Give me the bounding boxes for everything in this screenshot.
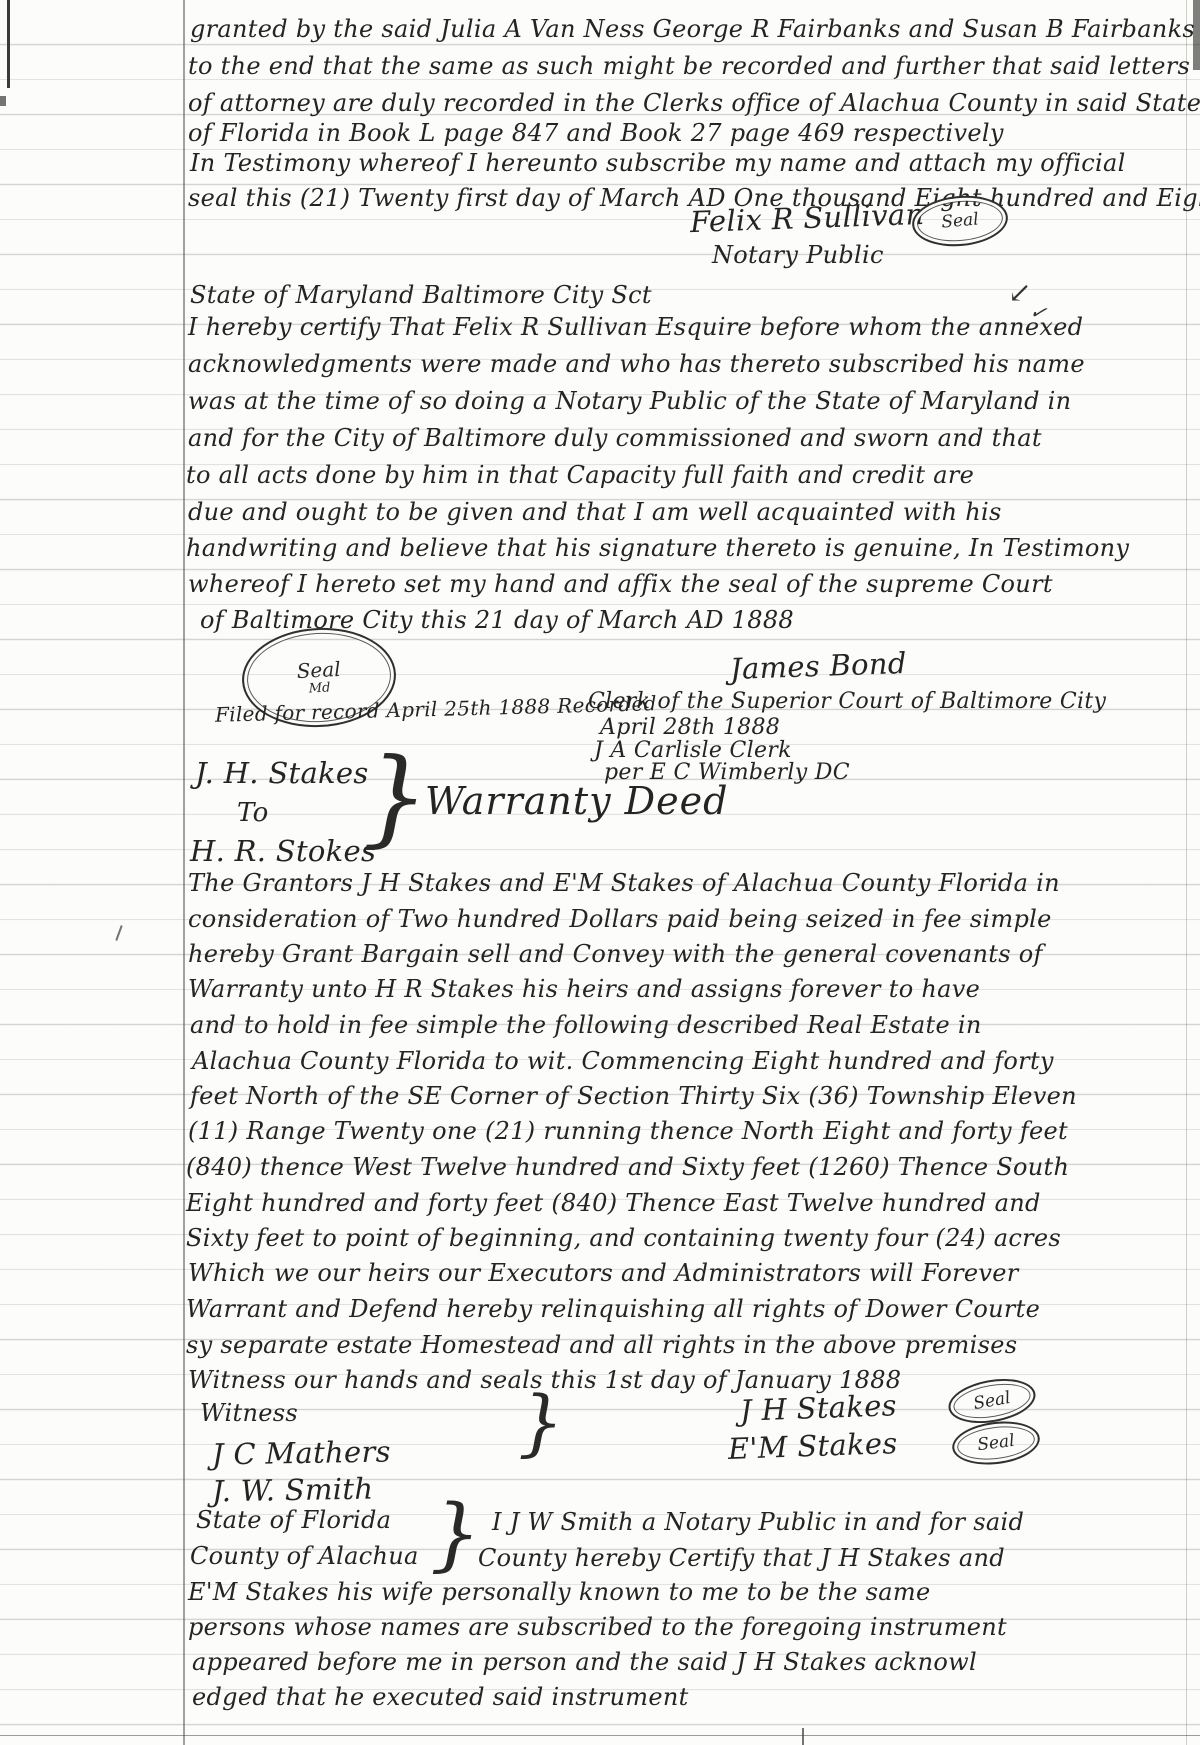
grantor2-seal: Seal xyxy=(950,1417,1042,1469)
text-line: appeared before me in person and the sai… xyxy=(192,1647,977,1677)
scanned-deed-page: granted by the said Julia A Van Ness Geo… xyxy=(0,0,1200,1745)
venue-state: State of Florida xyxy=(196,1505,391,1535)
grantor-signature: J H Stakes xyxy=(739,1387,897,1429)
text-line: due and ought to be given and that I am … xyxy=(188,497,1002,527)
caption-brace: } xyxy=(362,745,429,850)
text-line: of attorney are duly recorded in the Cle… xyxy=(188,88,1200,118)
text-line: Warrant and Defend hereby relinquishing … xyxy=(186,1294,1040,1324)
clerk-title: Clerk of the Superior Court of Baltimore… xyxy=(588,688,1106,716)
document-title: Warranty Deed xyxy=(425,778,728,826)
text-line: acknowledgments were made and who has th… xyxy=(188,349,1085,379)
text-line: of Florida in Book L page 847 and Book 2… xyxy=(188,118,1004,148)
text-line: Which we our heirs our Executors and Adm… xyxy=(188,1258,1019,1288)
text-line: sy separate estate Homestead and all rig… xyxy=(186,1330,1017,1360)
text-line: and to hold in fee simple the following … xyxy=(190,1010,982,1040)
witness-label: Witness xyxy=(200,1398,298,1428)
text-line: edged that he executed said instrument xyxy=(192,1682,689,1712)
text-line: and for the City of Baltimore duly commi… xyxy=(188,423,1042,453)
scan-artifact xyxy=(7,0,10,88)
venue-heading: State of Maryland Baltimore City Sct xyxy=(190,280,652,310)
notary-signature: Felix R Sullivan xyxy=(689,196,925,240)
venue-county: County of Alachua xyxy=(190,1541,419,1571)
scan-artifact xyxy=(0,96,6,106)
grantor2-signature: E'M Stakes xyxy=(727,1425,898,1467)
text-line: (840) thence West Twelve hundred and Six… xyxy=(186,1152,1069,1182)
text-line: County hereby Certify that J H Stakes an… xyxy=(478,1543,1005,1573)
caption-grantee: H. R. Stokes xyxy=(190,833,376,869)
right-margin-line xyxy=(1186,0,1187,1745)
text-line: was at the time of so doing a Notary Pub… xyxy=(188,386,1071,416)
caption-grantor: J. H. Stakes xyxy=(195,755,369,791)
scan-artifact xyxy=(0,1735,1200,1736)
margin-annotation: ↙ xyxy=(1008,276,1031,309)
left-margin-line xyxy=(183,0,185,1745)
text-line: to the end that the same as such might b… xyxy=(188,51,1190,81)
text-line: granted by the said Julia A Van Ness Geo… xyxy=(190,14,1195,44)
text-line: whereof I hereto set my hand and affix t… xyxy=(188,569,1053,599)
seal-label: Seal xyxy=(972,1389,1012,1412)
text-line: In Testimony whereof I hereunto subscrib… xyxy=(190,148,1126,178)
notary-title: Notary Public xyxy=(712,240,884,270)
seal-label: Seal xyxy=(941,211,980,231)
text-line: I J W Smith a Notary Public in and for s… xyxy=(492,1507,1024,1537)
seal-label: Seal xyxy=(296,659,341,681)
text-line: consideration of Two hundred Dollars pai… xyxy=(188,904,1052,934)
text-line: Eight hundred and forty feet (840) Thenc… xyxy=(186,1188,1041,1218)
text-line: handwriting and believe that his signatu… xyxy=(186,533,1129,563)
seal-label: Seal xyxy=(976,1432,1015,1453)
witness-signature: J C Mathers xyxy=(212,1433,391,1472)
text-line: Sixty feet to point of beginning, and co… xyxy=(186,1223,1061,1253)
text-line: feet North of the SE Corner of Section T… xyxy=(190,1081,1077,1111)
text-line: to all acts done by him in that Capacity… xyxy=(186,460,974,490)
text-line: Alachua County Florida to wit. Commencin… xyxy=(192,1046,1054,1076)
text-line: The Grantors J H Stakes and E'M Stakes o… xyxy=(188,868,1060,898)
witness-signature: J. W. Smith xyxy=(212,1471,374,1510)
venue-brace: } xyxy=(430,1494,481,1574)
scan-artifact xyxy=(1193,0,1200,70)
text-line: E'M Stakes his wife personally known to … xyxy=(188,1577,930,1607)
clerk-signature: James Bond xyxy=(729,645,907,687)
text-line: I hereby certify That Felix R Sullivan E… xyxy=(188,312,1083,342)
grantor-seal: Seal xyxy=(945,1373,1039,1430)
text-line: persons whose names are subscribed to th… xyxy=(188,1612,1007,1642)
text-line: (11) Range Twenty one (21) running thenc… xyxy=(188,1116,1068,1146)
scan-artifact xyxy=(802,1728,804,1745)
caption-to: To xyxy=(237,797,269,830)
seal-sublabel: Md xyxy=(308,681,330,695)
witness-brace: } xyxy=(518,1386,564,1458)
text-line: hereby Grant Bargain sell and Convey wit… xyxy=(188,939,1043,969)
text-line: of Baltimore City this 21 day of March A… xyxy=(200,605,794,635)
scan-artifact xyxy=(115,925,122,941)
text-line: Warranty unto H R Stakes his heirs and a… xyxy=(188,974,980,1004)
